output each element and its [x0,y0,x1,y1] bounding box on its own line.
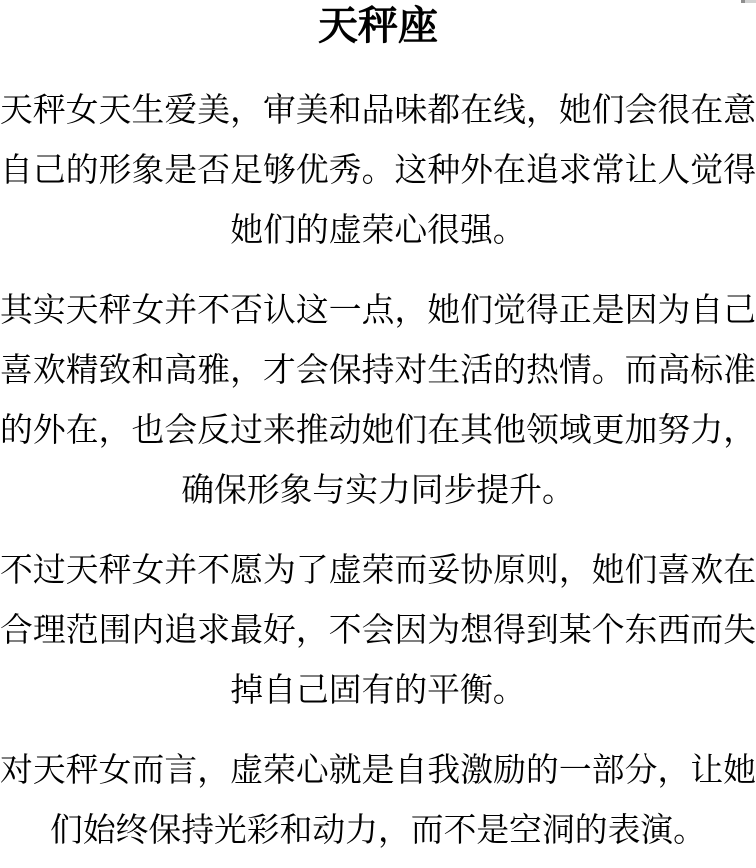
artifact-light-segment [745,0,756,3]
paragraph-4: 对天秤女而言，虚荣心就是自我激励的一部分，让她们始终保持光彩和动力，而不是空洞的… [0,741,756,861]
page-title: 天秤座 [0,2,756,50]
paragraph-2: 其实天秤女并不否认这一点，她们觉得正是因为自己喜欢精致和高雅，才会保持对生活的热… [0,281,756,521]
top-right-artifact [741,0,756,3]
paragraph-3: 不过天秤女并不愿为了虚荣而妥协原则，她们喜欢在合理范围内追求最好，不会因为想得到… [0,541,756,721]
paragraph-1: 天秤女天生爱美，审美和品味都在线，她们会很在意自己的形象是否足够优秀。这种外在追… [0,81,756,261]
document-page: 天秤座 天秤女天生爱美，审美和品味都在线，她们会很在意自己的形象是否足够优秀。这… [0,2,756,861]
